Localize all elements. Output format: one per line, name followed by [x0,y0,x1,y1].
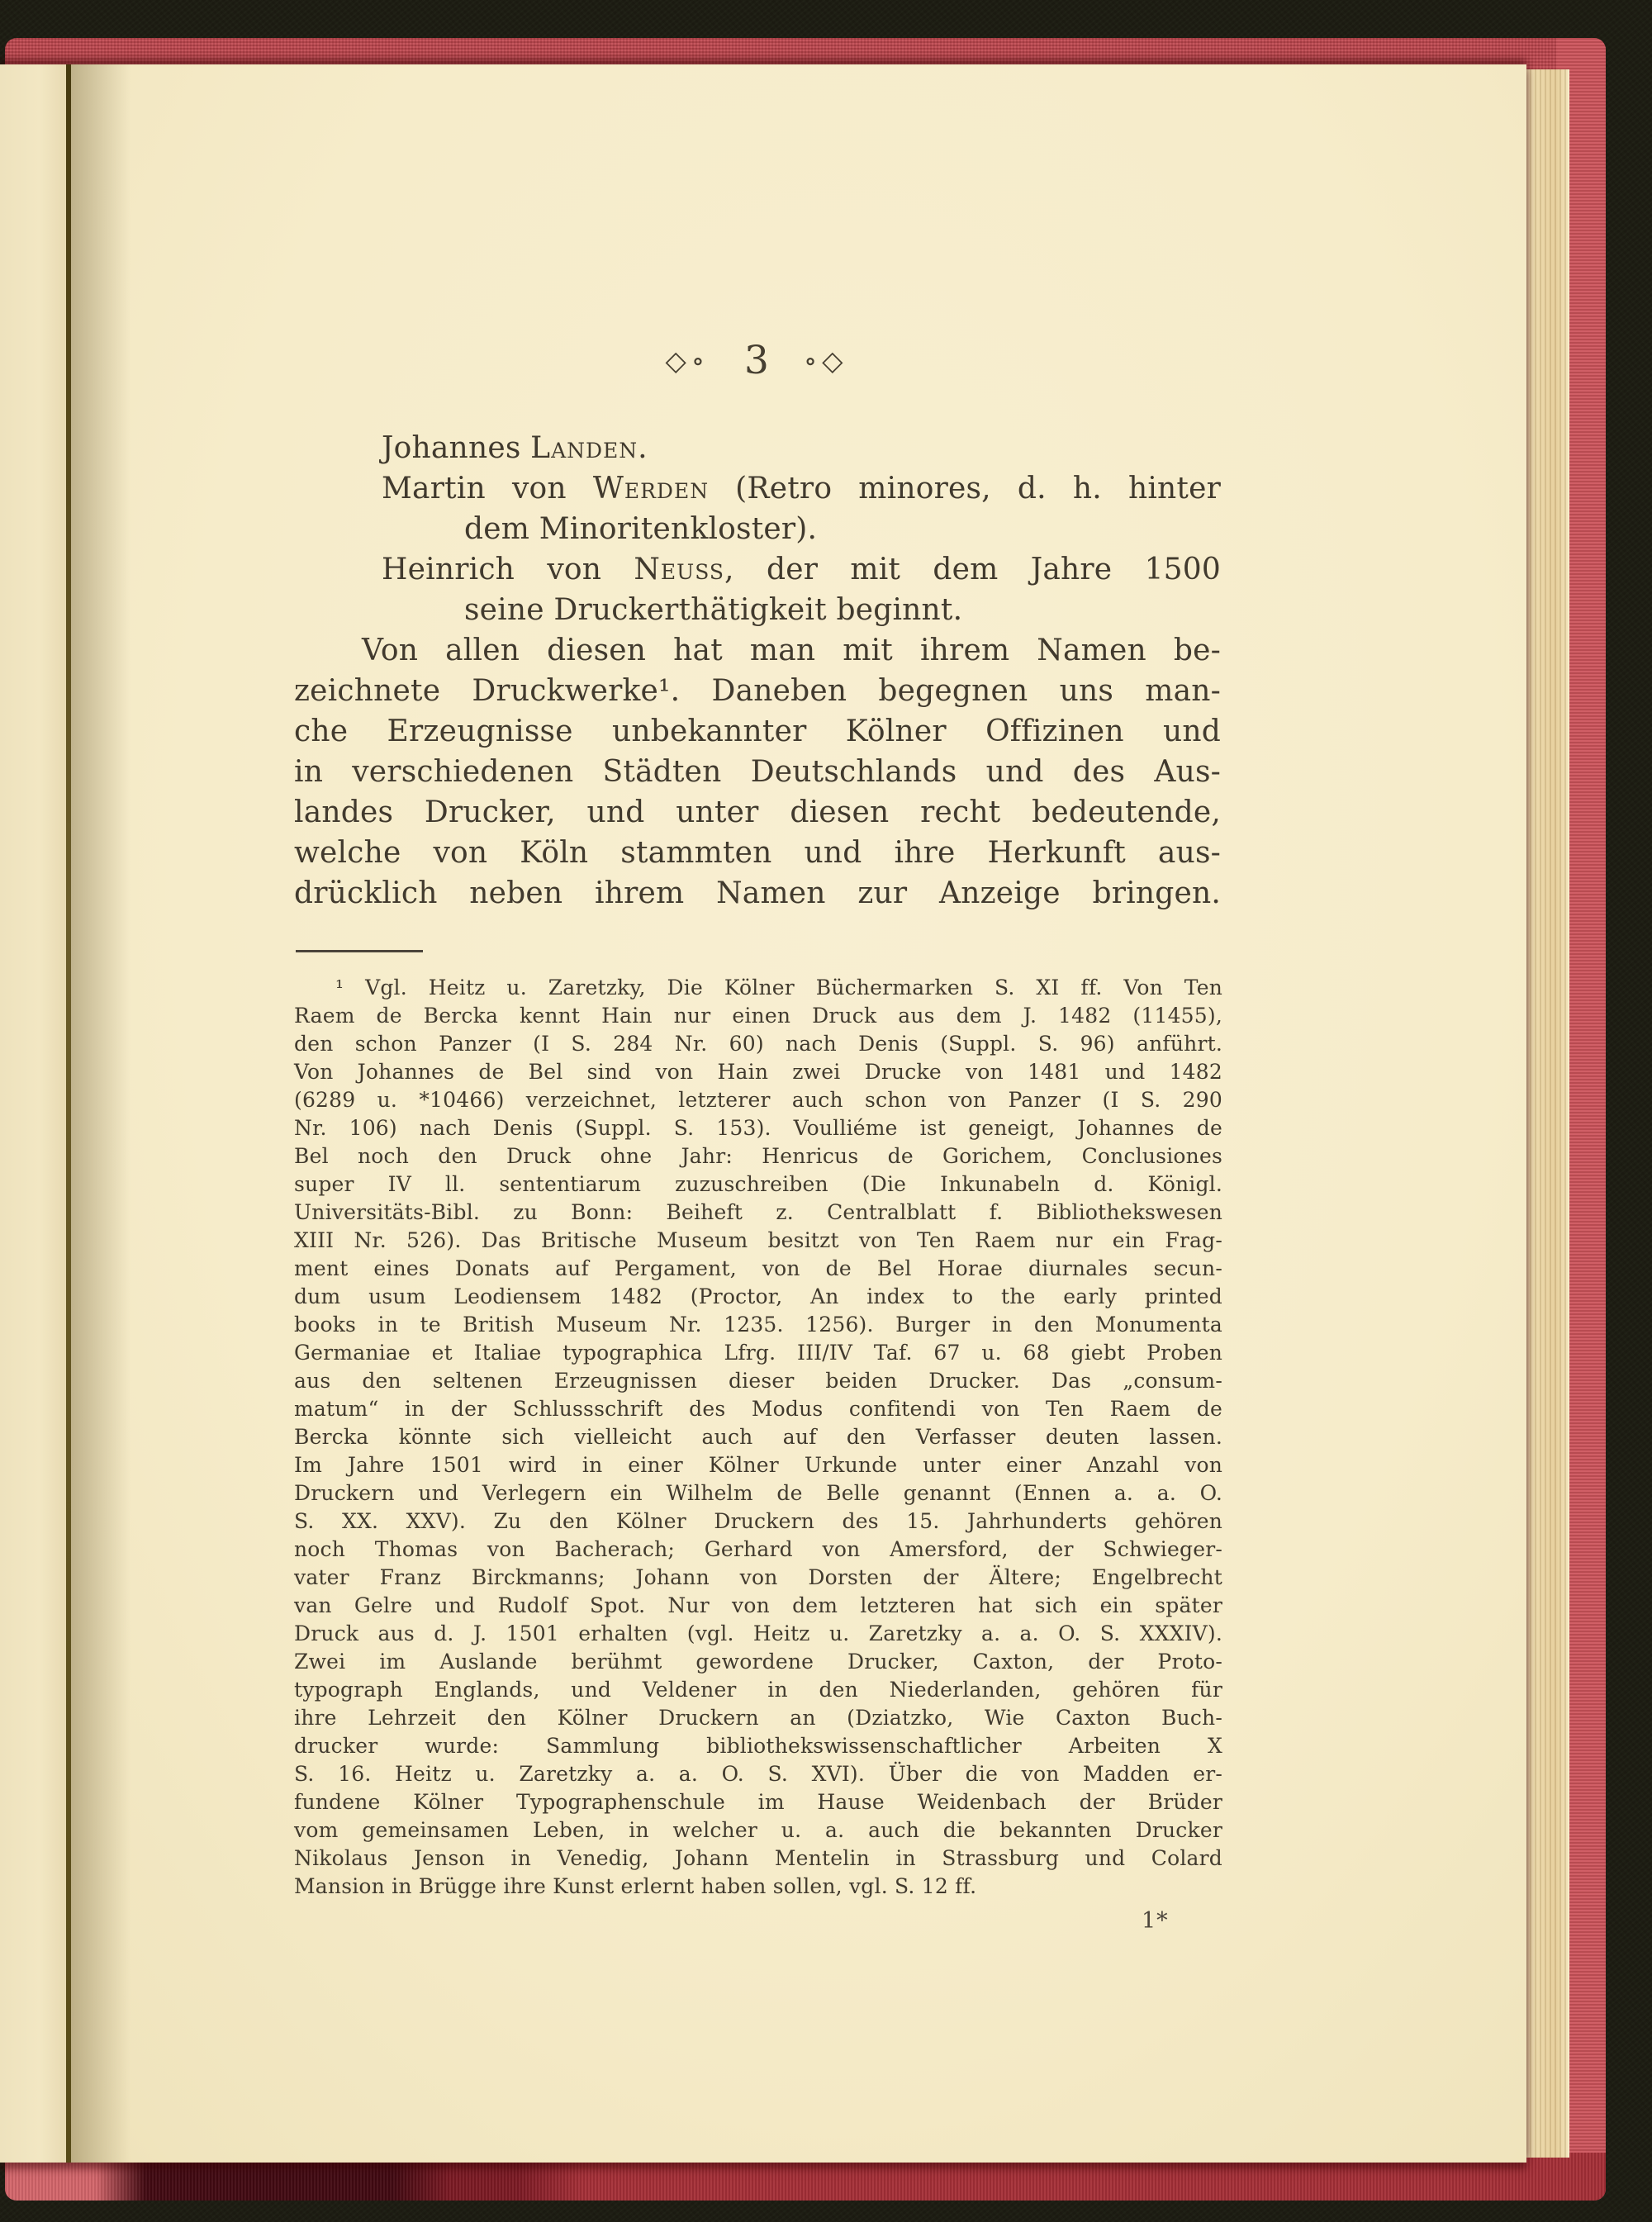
body-line: drücklich neben ihrem Namen zur Anzeige … [294,873,1221,914]
footnote-line: Bercka könnte sich vielleicht auch auf d… [294,1423,1222,1451]
body-line: Johannes Landen. [294,428,1221,468]
footnote-line: Druckern und Verlegern ein Wilhelm de Be… [294,1479,1222,1507]
footnote-line: vater Franz Birckmanns; Johann von Dorst… [294,1564,1222,1592]
footnote-separator [296,950,423,952]
footnote-line: van Gelre und Rudolf Spot. Nur von dem l… [294,1592,1222,1620]
facing-page-edge [0,64,66,2163]
footnote-line: Von Johannes de Bel sind von Hain zwei D… [294,1058,1222,1086]
body-line: Von allen diesen hat man mit ihrem Namen… [294,630,1221,671]
page-number: 3 [744,341,769,380]
footnote-line: Im Jahre 1501 wird in einer Kölner Urkun… [294,1451,1222,1479]
footnote-line: books in te British Museum Nr. 1235. 125… [294,1311,1222,1339]
main-text-block: Johannes Landen.Martin von Werden (Retro… [294,428,1221,914]
page-number-row: ◇∘ 3 ∘◇ [294,334,1219,387]
footnote-line: Nikolaus Jenson in Venedig, Johann Mente… [294,1845,1222,1873]
footnote-line: matum“ in der Schlussschrift des Modus c… [294,1395,1222,1423]
footnote-line: noch Thomas von Bacherach; Gerhard von A… [294,1536,1222,1564]
body-line: welche von Köln stammten und ihre Herkun… [294,833,1221,873]
footnote-line: fundene Kölner Typographenschule im Haus… [294,1788,1222,1816]
body-line: zeichnete Druckwerke¹. Daneben begegnen … [294,671,1221,711]
footnote-block: ¹ Vgl. Heitz u. Zaretzky, Die Kölner Büc… [294,974,1222,1901]
footnote-line: dum usum Leodiensem 1482 (Proctor, An in… [294,1283,1222,1311]
footnote-line: super IV ll. sententiarum zuzuschreiben … [294,1170,1222,1199]
ornament-right: ∘◇ [804,344,848,377]
footnote-line: S. XX. XXV). Zu den Kölner Druckern des … [294,1507,1222,1536]
body-line: dem Minoritenkloster). [294,509,1221,549]
book-page: ◇∘ 3 ∘◇ Johannes Landen.Martin von Werde… [0,64,1526,2163]
photo-background: ◇∘ 3 ∘◇ Johannes Landen.Martin von Werde… [0,0,1652,2222]
footnote-line: Mansion in Brügge ihre Kunst erlernt hab… [294,1873,1222,1901]
footnote-line: ment eines Donats auf Pergament, von de … [294,1255,1222,1283]
footnote-line: den schon Panzer (I S. 284 Nr. 60) nach … [294,1030,1222,1058]
footnote-line: Universitäts-Bibl. zu Bonn: Beiheft z. C… [294,1199,1222,1227]
body-line: landes Drucker, und unter diesen recht b… [294,792,1221,833]
footnote-line: Druck aus d. J. 1501 erhalten (vgl. Heit… [294,1620,1222,1648]
footnote-line: S. 16. Heitz u. Zaretzky a. a. O. S. XVI… [294,1760,1222,1788]
footnote-line: typograph Englands, und Veldener in den … [294,1676,1222,1704]
footnote-line: ¹ Vgl. Heitz u. Zaretzky, Die Kölner Büc… [294,974,1222,1002]
body-line: Heinrich von Neuss, der mit dem Jahre 15… [294,549,1221,590]
body-line: che Erzeugnisse unbekannter Kölner Offiz… [294,711,1221,752]
body-line: Martin von Werden (Retro minores, d. h. … [294,468,1221,509]
footnote-line: vom gemeinsamen Leben, in welcher u. a. … [294,1816,1222,1845]
body-line: in verschiedenen Städten Deutschlands un… [294,752,1221,792]
footnote-line: ihre Lehrzeit den Kölner Druckern an (Dz… [294,1704,1222,1732]
footnote-line: Raem de Bercka kennt Hain nur einen Druc… [294,1002,1222,1030]
footnote-line: XIII Nr. 526). Das Britische Museum besi… [294,1227,1222,1255]
body-line: seine Druckerthätigkeit beginnt. [294,590,1221,630]
footnote-line: (6289 u. *10466) verzeichnet, letzterer … [294,1086,1222,1114]
footnote-line: aus den seltenen Erzeugnissen dieser bei… [294,1367,1222,1395]
footnote-line: Bel noch den Druck ohne Jahr: Henricus d… [294,1142,1222,1170]
footnote-line: Nr. 106) nach Denis (Suppl. S. 153). Vou… [294,1114,1222,1142]
footnote-line: Germaniae et Italiae typographica Lfrg. … [294,1339,1222,1367]
ornament-left: ◇∘ [665,344,710,377]
signature-mark: 1* [1142,1908,1169,1934]
page-edge-stack [1525,69,1569,2158]
gutter-shadow [71,64,131,2163]
footnote-line: drucker wurde: Sammlung bibliothekswisse… [294,1732,1222,1760]
footnote-line: Zwei im Auslande berühmt gewordene Druck… [294,1648,1222,1676]
